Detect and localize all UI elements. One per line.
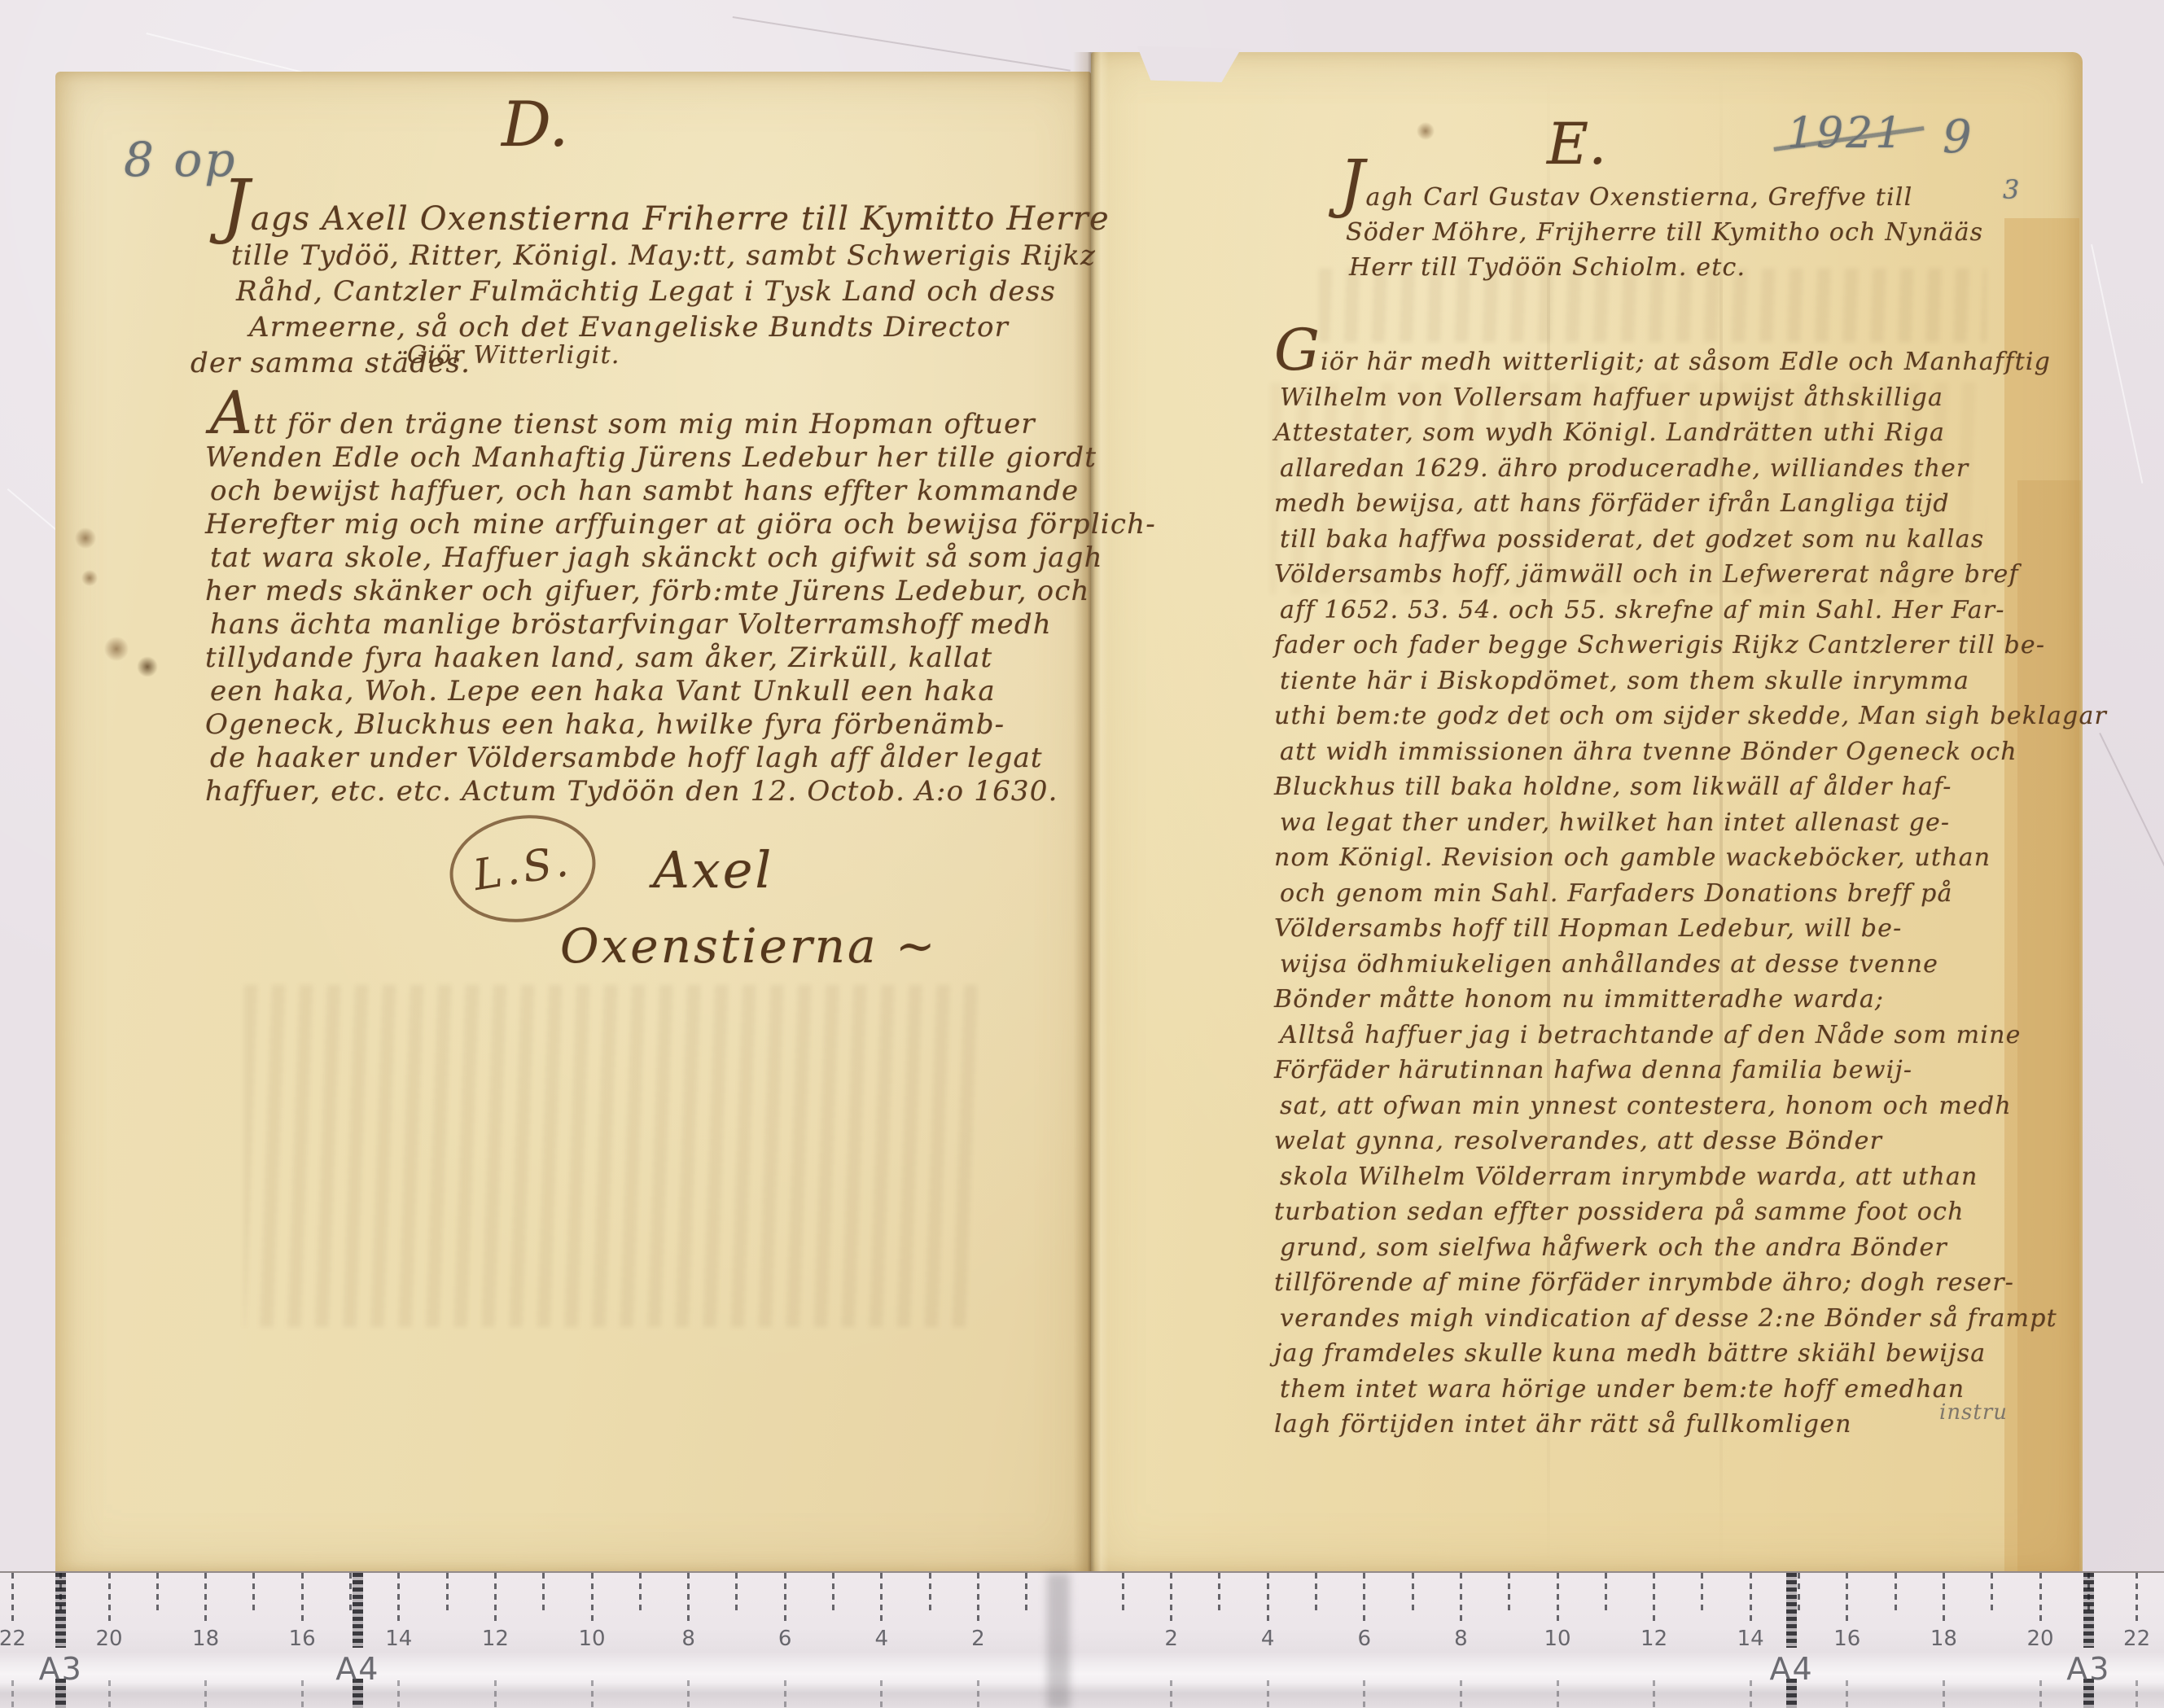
manuscript-line: Ogeneck, Bluckhus een haka, hwilke fyra … (205, 708, 1156, 742)
ruler-tick (1218, 1573, 1220, 1614)
manuscript-line: Herefter mig och mine arffuinger at giör… (205, 508, 1156, 541)
ruler-tick (204, 1680, 207, 1708)
ruler-tick (1701, 1573, 1703, 1614)
ruler-tick (977, 1573, 979, 1625)
ruler-tick (1943, 1680, 1945, 1708)
ruler-tick (1653, 1573, 1655, 1625)
ruler-tick (156, 1573, 159, 1614)
manuscript-line: nom Königl. Revision och gamble wackeböc… (1274, 840, 2107, 876)
ruler-tick (735, 1573, 738, 1614)
ruler-tick (1267, 1573, 1269, 1625)
ruler-tick (1122, 1573, 1124, 1614)
manuscript-line: aff 1652. 53. 54. och 55. skrefne af min… (1280, 593, 2107, 628)
ruler-tick (1412, 1573, 1414, 1614)
right-body-block: Giör här medh witterligit; at såsom Edle… (1274, 342, 2107, 1443)
manuscript-line: tille Tydöö, Ritter, Königl. May:tt, sam… (231, 238, 1110, 274)
ruler-tick (1557, 1573, 1559, 1625)
ruler-tick (2039, 1573, 2042, 1625)
ruler-tick (880, 1573, 883, 1625)
manuscript-line: tiente här i Biskopdömet, som them skull… (1280, 663, 2107, 699)
manuscript-line: haffuer, etc. etc. Actum Tydöön den 12. … (205, 775, 1156, 808)
manuscript-line: Wilhelm von Vollersam haffuer upwijst åt… (1280, 380, 2107, 416)
manuscript-line: till baka haffwa possiderat, det godzet … (1280, 522, 2107, 558)
ink-bleedthrough (244, 985, 977, 1327)
ruler-number-label: 6 (1358, 1627, 1372, 1651)
manuscript-line: Jagh Carl Gustav Oxenstierna, Greffve ti… (1339, 173, 1983, 215)
ruler-number-label: 16 (289, 1627, 316, 1651)
ruler-tick (252, 1573, 255, 1614)
manuscript-line: Bluckhus till baka holdne, som likwäll a… (1274, 769, 2107, 805)
right-heading-block: Jagh Carl Gustav Oxenstierna, Greffve ti… (1339, 173, 1983, 285)
ruler-tick (880, 1680, 883, 1708)
foxing-spot (75, 528, 96, 549)
ruler-tick (591, 1573, 594, 1625)
ruler-tick (301, 1573, 304, 1625)
ruler-a4-mark-label: A4 (335, 1651, 379, 1687)
ruler-tick (1557, 1680, 1559, 1708)
manuscript-line: verandes migh vindication af desse 2:ne … (1280, 1301, 2107, 1337)
measurement-ruler: 222018161412108642246810121416182022A4A4… (0, 1571, 2164, 1708)
ruler-a4-mark-tick (1786, 1573, 1797, 1648)
ruler-tick (977, 1680, 979, 1708)
ruler-tick (494, 1573, 497, 1625)
ruler-tick (591, 1680, 594, 1708)
foxing-spot (104, 637, 129, 661)
manuscript-line: wa legat ther under, hwilket han intet a… (1280, 805, 2107, 841)
ruler-a4-mark-label: A4 (1770, 1651, 1814, 1687)
scratch-line (2099, 733, 2164, 996)
manuscript-line: Völdersambs hoff till Hopman Ledebur, wi… (1274, 911, 2107, 947)
document-letter-left: D. (502, 88, 568, 160)
ruler-number-label: 8 (681, 1627, 695, 1651)
manuscript-line: uthi bem:te godz det och om sijder skedd… (1274, 699, 2107, 734)
manuscript-line: jag framdeles skulle kuna medh bättre sk… (1274, 1336, 2107, 1372)
ruler-tick (11, 1680, 14, 1708)
ruler-number-label: 10 (1544, 1627, 1570, 1651)
ruler-tick (784, 1680, 786, 1708)
folio-number-pencil-left: 8 op (124, 132, 237, 187)
manuscript-line: hans ächta manlige bröstarfvingar Volter… (210, 608, 1156, 642)
manuscript-line: Giör här medh witterligit; at såsom Edle… (1274, 342, 2107, 380)
manuscript-line: Armeerne, så och det Evangeliske Bundts … (249, 309, 1110, 345)
ruler-number-label: 10 (578, 1627, 605, 1651)
manuscript-line: skola Wilhelm Völderram inrymbde warda, … (1280, 1159, 2107, 1195)
foxing-spot (81, 570, 98, 586)
ruler-number-label: 12 (1641, 1627, 1667, 1651)
ruler-tick (1508, 1573, 1510, 1614)
ruler-tick (1315, 1573, 1317, 1614)
manuscript-line: een haka, Woh. Lepe een haka Vant Unkull… (210, 675, 1156, 708)
ruler-number-label: 22 (2123, 1627, 2150, 1651)
ruler-number-label: 6 (778, 1627, 792, 1651)
ruler-tick (1605, 1573, 1607, 1614)
ruler-number-label: 2 (1164, 1627, 1178, 1651)
document-letter-right: E. (1547, 111, 1606, 177)
manuscript-line: Bönder måtte honom nu immitteradhe warda… (1274, 982, 2107, 1018)
ruler-a3-mark-tick (55, 1573, 66, 1648)
ruler-tick (397, 1573, 400, 1625)
scratch-line (733, 16, 1071, 72)
ruler-tick (784, 1573, 786, 1625)
manuscript-line: grund, som sielfwa håfwerk och the andra… (1280, 1230, 2107, 1266)
foxing-spot (1417, 122, 1435, 140)
ruler-tick (639, 1573, 642, 1614)
ruler-tick (832, 1573, 834, 1614)
ruler-tick (929, 1573, 931, 1614)
manuscript-line: Jags Axell Oxenstierna Friherre till Kym… (221, 194, 1110, 238)
manuscript-line: Förfäder härutinnan hafwa denna familia … (1274, 1053, 2107, 1088)
ruler-tick (204, 1573, 207, 1625)
ruler-tick (1653, 1680, 1655, 1708)
manuscript-line: Attestater, som wydh Königl. Landrätten … (1274, 415, 2107, 451)
foxing-spot (137, 656, 158, 677)
ruler-number-label: 16 (1833, 1627, 1860, 1651)
manuscript-line: och bewijst haffuer, och han sambt hans … (210, 475, 1156, 508)
ruler-tick (2136, 1573, 2138, 1625)
seal-text: L.S. (470, 837, 575, 900)
signature-first-name: Axel (653, 840, 773, 900)
ruler-number-label: 14 (385, 1627, 412, 1651)
ruler-number-label: 18 (192, 1627, 219, 1651)
manuscript-line: Wenden Edle och Manhaftig Jürens Ledebur… (205, 441, 1156, 475)
ruler-tick (1750, 1680, 1752, 1708)
ruler-tick (1363, 1680, 1365, 1708)
ruler-tick (2136, 1680, 2138, 1708)
ruler-tick (1170, 1680, 1172, 1708)
ruler-tick (1267, 1680, 1269, 1708)
ruler-tick (1846, 1573, 1848, 1625)
manuscript-line: Råhd, Cantzler Fulmächtig Legat i Tysk L… (236, 274, 1110, 309)
fold-shadow-on-ruler (1047, 1573, 1070, 1708)
manuscript-line: turbation sedan effter possidera på samm… (1274, 1194, 2107, 1230)
corner-pencil-mark: 3 (2003, 174, 2022, 205)
manuscript-line: att widh immissionen ähra tvenne Bönder … (1280, 734, 2107, 770)
ruler-tick (542, 1573, 545, 1614)
ruler-number-label: 18 (1930, 1627, 1957, 1651)
manuscript-line: welat gynna, resolverandes, att desse Bö… (1274, 1123, 2107, 1159)
ruler-a3-mark-label: A3 (39, 1651, 83, 1687)
ruler-tick (301, 1680, 304, 1708)
ruler-tick (494, 1680, 497, 1708)
manuscript-line: Söder Möhre, Frijherre till Kymitho och … (1346, 215, 1983, 250)
ruler-tick (1895, 1573, 1897, 1614)
ruler-tick (1170, 1573, 1172, 1625)
ruler-number-label: 4 (875, 1627, 889, 1651)
ruler-tick (1846, 1680, 1848, 1708)
witness-clause: Giör Witterligit. (407, 341, 620, 370)
manuscript-line: sat, att ofwan min ynnest contestera, ho… (1280, 1088, 2107, 1124)
ruler-number-label: 20 (95, 1627, 122, 1651)
ruler-number-label: 2 (971, 1627, 985, 1651)
manuscript-line: fader och fader begge Schwerigis Rijkz C… (1274, 628, 2107, 663)
ruler-tick (349, 1573, 352, 1614)
ruler-tick (108, 1680, 111, 1708)
signature-last-name: Oxenstierna ~ (560, 918, 938, 974)
manuscript-line: tillförende af mine förfäder inrymbde äh… (1274, 1265, 2107, 1301)
ruler-number-label: 8 (1454, 1627, 1468, 1651)
manuscript-line: och genom min Sahl. Farfaders Donations … (1280, 876, 2107, 912)
ruler-number-label: 14 (1737, 1627, 1764, 1651)
manuscript-line: de haaker under Völdersambde hoff lagh a… (210, 742, 1156, 775)
folio-number-pencil-right: 9 (1943, 111, 1974, 164)
ruler-number-label: 22 (0, 1627, 26, 1651)
manuscript-line: allaredan 1629. ähro produceradhe, willi… (1280, 451, 2107, 487)
ruler-number-label: 12 (482, 1627, 509, 1651)
ruler-a3-mark-label: A3 (2066, 1651, 2110, 1687)
manuscript-line: Herr till Tydöön Schiolm. etc. (1349, 250, 1983, 285)
ruler-tick (1991, 1573, 1993, 1614)
ruler-tick (1025, 1573, 1027, 1614)
scanned-manuscript: 8 op D. Jags Axell Oxenstierna Friherre … (0, 0, 2164, 1708)
ruler-tick (687, 1573, 690, 1625)
margin-note: instru (1939, 1400, 2008, 1425)
manuscript-line: Alltså haffuer jag i betrachtande af den… (1280, 1018, 2107, 1053)
manuscript-line: der samma städes. (191, 345, 1110, 381)
manuscript-line: Att för den trägne tienst som mig min Ho… (210, 405, 1156, 441)
ruler-tick (1798, 1573, 1800, 1614)
manuscript-line: tat wara skole, Haffuer jagh skänckt och… (210, 541, 1156, 575)
ruler-a3-mark-tick (2083, 1573, 2094, 1648)
manuscript-line: medh bewijsa, att hans förfäder ifrån La… (1274, 486, 2107, 522)
ruler-tick (446, 1573, 449, 1614)
ruler-number-label: 4 (1261, 1627, 1275, 1651)
manuscript-line: wijsa ödhmiukeligen anhållandes at desse… (1280, 947, 2107, 983)
ruler-tick (1943, 1573, 1945, 1625)
ruler-tick (397, 1680, 400, 1708)
ruler-tick (2039, 1680, 2042, 1708)
ruler-tick (1460, 1573, 1462, 1625)
left-heading-block: Jags Axell Oxenstierna Friherre till Kym… (221, 194, 1110, 381)
ruler-a4-mark-tick (353, 1573, 363, 1648)
manuscript-line: her meds skänker och gifuer, förb:mte Jü… (205, 575, 1156, 608)
ruler-tick (108, 1573, 111, 1625)
ruler-tick (687, 1680, 690, 1708)
ruler-tick (1460, 1680, 1462, 1708)
ruler-number-label: 20 (2026, 1627, 2053, 1651)
ruler-tick (1363, 1573, 1365, 1625)
left-body-block: Att för den trägne tienst som mig min Ho… (205, 405, 1156, 808)
manuscript-line: tillydande fyra haaken land, sam åker, Z… (205, 642, 1156, 675)
ruler-tick (1750, 1573, 1752, 1625)
manuscript-line: Völdersambs hoff, jämwäll och in Lefwere… (1274, 557, 2107, 593)
ruler-tick (11, 1573, 14, 1625)
